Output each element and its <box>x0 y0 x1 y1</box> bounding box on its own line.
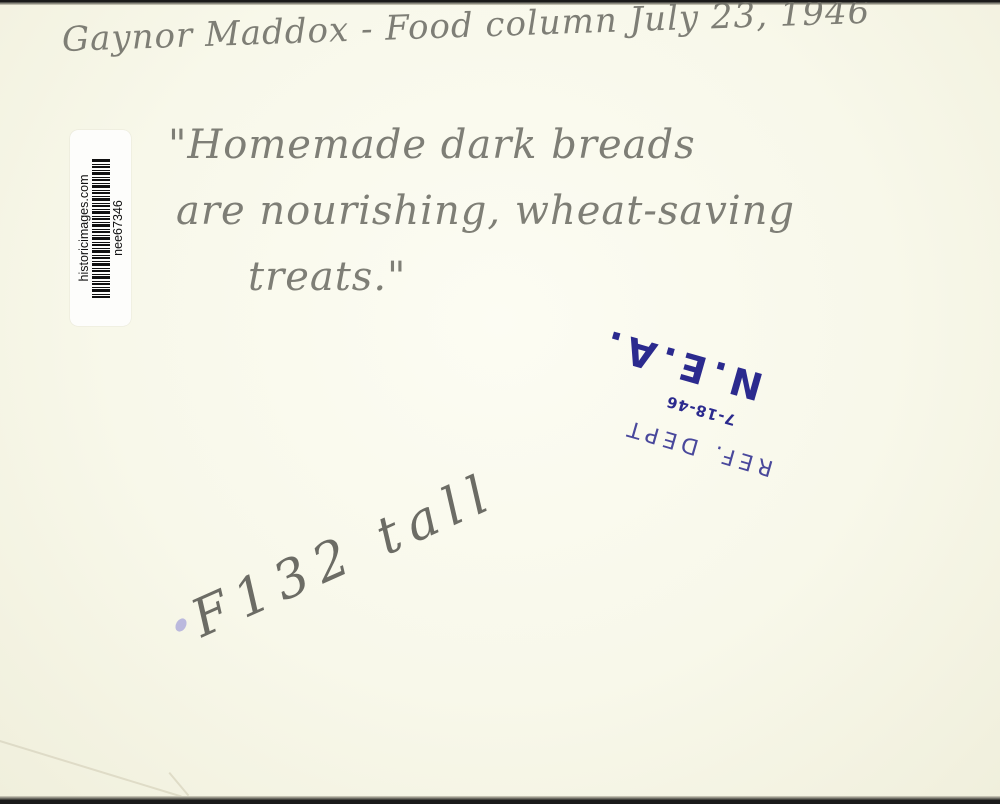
header-note: Gaynor Maddox - Food column July 23, 194… <box>61 2 871 60</box>
barcode-icon <box>92 158 110 298</box>
caption-line-1: "Homemade dark breads <box>168 112 795 178</box>
label-id: nee67346 <box>111 200 125 256</box>
stamp-dept: REF. DEPT <box>620 414 776 481</box>
caption-line-2: are nourishing, wheat-saving <box>168 178 795 244</box>
caption-note: "Homemade dark breads are nourishing, wh… <box>168 112 795 310</box>
caption-line-3: treats." <box>168 244 795 310</box>
barcode-label: historicimages.com nee67346 <box>70 130 131 326</box>
reference-note: F132 tall <box>183 462 506 650</box>
bottom-edge <box>0 796 1000 800</box>
photo-back: Gaynor Maddox - Food column July 23, 194… <box>0 2 1000 800</box>
ink-smudge <box>173 616 189 633</box>
label-site: historicimages.com <box>77 175 91 282</box>
paper-crease <box>0 740 182 797</box>
nea-stamp: REF. DEPT 7-18-46 N.E.A. <box>580 307 800 493</box>
